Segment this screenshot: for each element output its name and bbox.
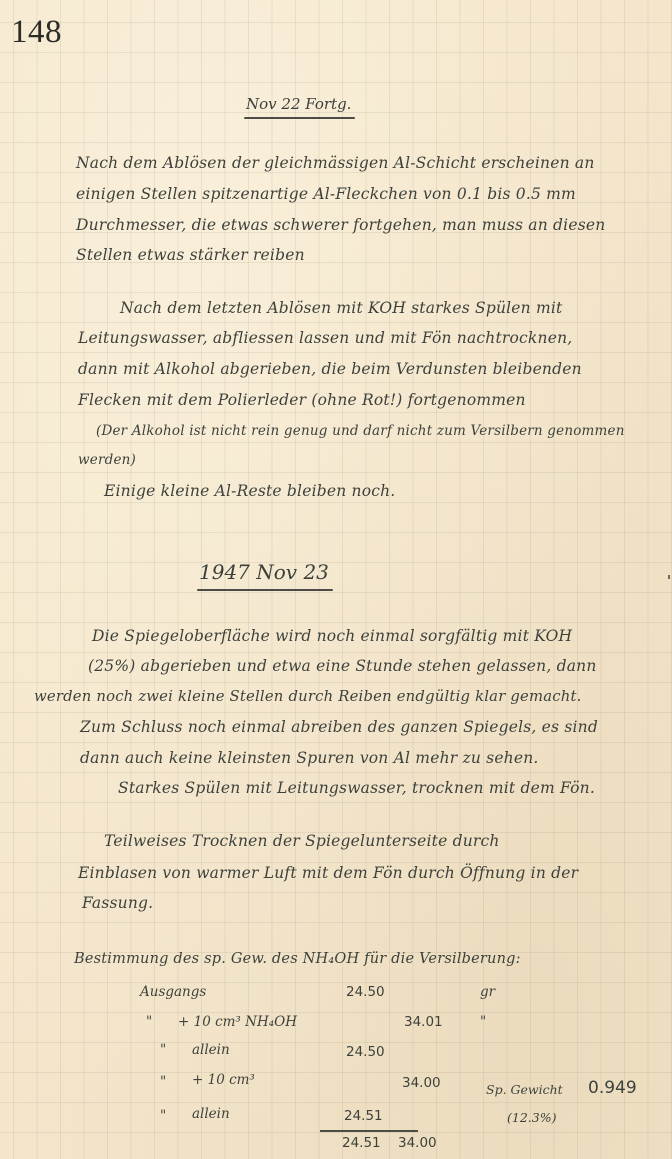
page-number: 148 [11,14,62,51]
row4-col2: 34.00 [402,1075,441,1091]
row4-ditto: " [160,1074,166,1090]
total-col2: 34.00 [398,1135,437,1151]
entry-heading-nov22: Nov 22 Fortg. [246,95,351,113]
entry1-para1-line3: Durchmesser, die etwas schwerer fortgehe… [76,216,605,234]
entry-heading-1947-nov23: 1947 Nov 23 [199,560,329,584]
heading-underline [244,117,355,119]
entry1-note-line1: (Der Alkohol ist nicht rein genug und da… [96,423,625,439]
result-percent: (12.3%) [507,1110,556,1125]
row5-col1: 24.51 [344,1108,383,1124]
sum-rule [320,1130,418,1132]
row3-ditto: " [160,1042,166,1058]
row1-unit: gr [480,984,495,1000]
row3-label: allein [192,1042,230,1058]
entry1-para1-line4: Stellen etwas stärker reiben [76,246,305,264]
row1-col1: 24.50 [346,984,385,1000]
result-label: Sp. Gewicht [486,1082,563,1097]
result-value: 0.949 [588,1078,637,1098]
entry2-para1-line2: (25%) abgerieben und etwa eine Stunde st… [88,657,597,675]
entry1-para2-line3: dann mit Alkohol abgerieben, die beim Ve… [78,360,582,378]
entry2-para1-line5: dann auch keine kleinsten Spuren von Al … [80,749,539,767]
entry2-para2-line3: Fassung. [82,894,153,912]
heading-underline [197,589,333,592]
entry1-para1-line1: Nach dem Ablösen der gleichmässigen Al-S… [76,154,595,172]
row5-label: allein [192,1106,230,1122]
margin-mark [668,575,670,579]
entry1-para2-line2: Leitungswasser, abfliessen lassen und mi… [78,329,572,347]
row2-label: + 10 cm³ NH₄OH [178,1014,297,1030]
notebook-page: 148 Nov 22 Fortg. Nach dem Ablösen der g… [0,0,672,1159]
entry2-para2-line2: Einblasen von warmer Luft mit dem Fön du… [78,864,578,882]
entry1-para1-line2: einigen Stellen spitzenartige Al-Fleckch… [76,185,576,203]
row3-col1: 24.50 [346,1044,385,1060]
measurement-title: Bestimmung des sp. Gew. des NH₄OH für di… [74,951,521,967]
total-col1: 24.51 [342,1135,381,1151]
entry1-para2-line4: Flecken mit dem Polierleder (ohne Rot!) … [78,391,526,409]
row5-ditto: " [160,1108,166,1124]
entry1-note-line2: werden) [78,452,136,468]
entry2-para1-line1: Die Spiegeloberfläche wird noch einmal s… [92,627,572,645]
heading-text: Nov 22 Fortg. [246,95,351,113]
row2-ditto: " [146,1014,152,1030]
entry2-para1-line4: Zum Schluss noch einmal abreiben des gan… [80,718,598,736]
entry1-para2-line1: Nach dem letzten Ablösen mit KOH starkes… [120,299,562,317]
row2-col2: 34.01 [404,1014,443,1030]
entry1-para3: Einige kleine Al-Reste bleiben noch. [104,482,395,500]
heading-text: 1947 Nov 23 [199,560,329,584]
row1-label: Ausgangs [140,984,206,1000]
entry2-para1-line3: werden noch zwei kleine Stellen durch Re… [34,688,582,705]
row4-label: + 10 cm³ [192,1072,255,1088]
entry2-para1-line6: Starkes Spülen mit Leitungswasser, trock… [118,779,595,797]
row2-unit: " [480,1014,486,1030]
entry2-para2-line1: Teilweises Trocknen der Spiegelunterseit… [104,832,500,850]
